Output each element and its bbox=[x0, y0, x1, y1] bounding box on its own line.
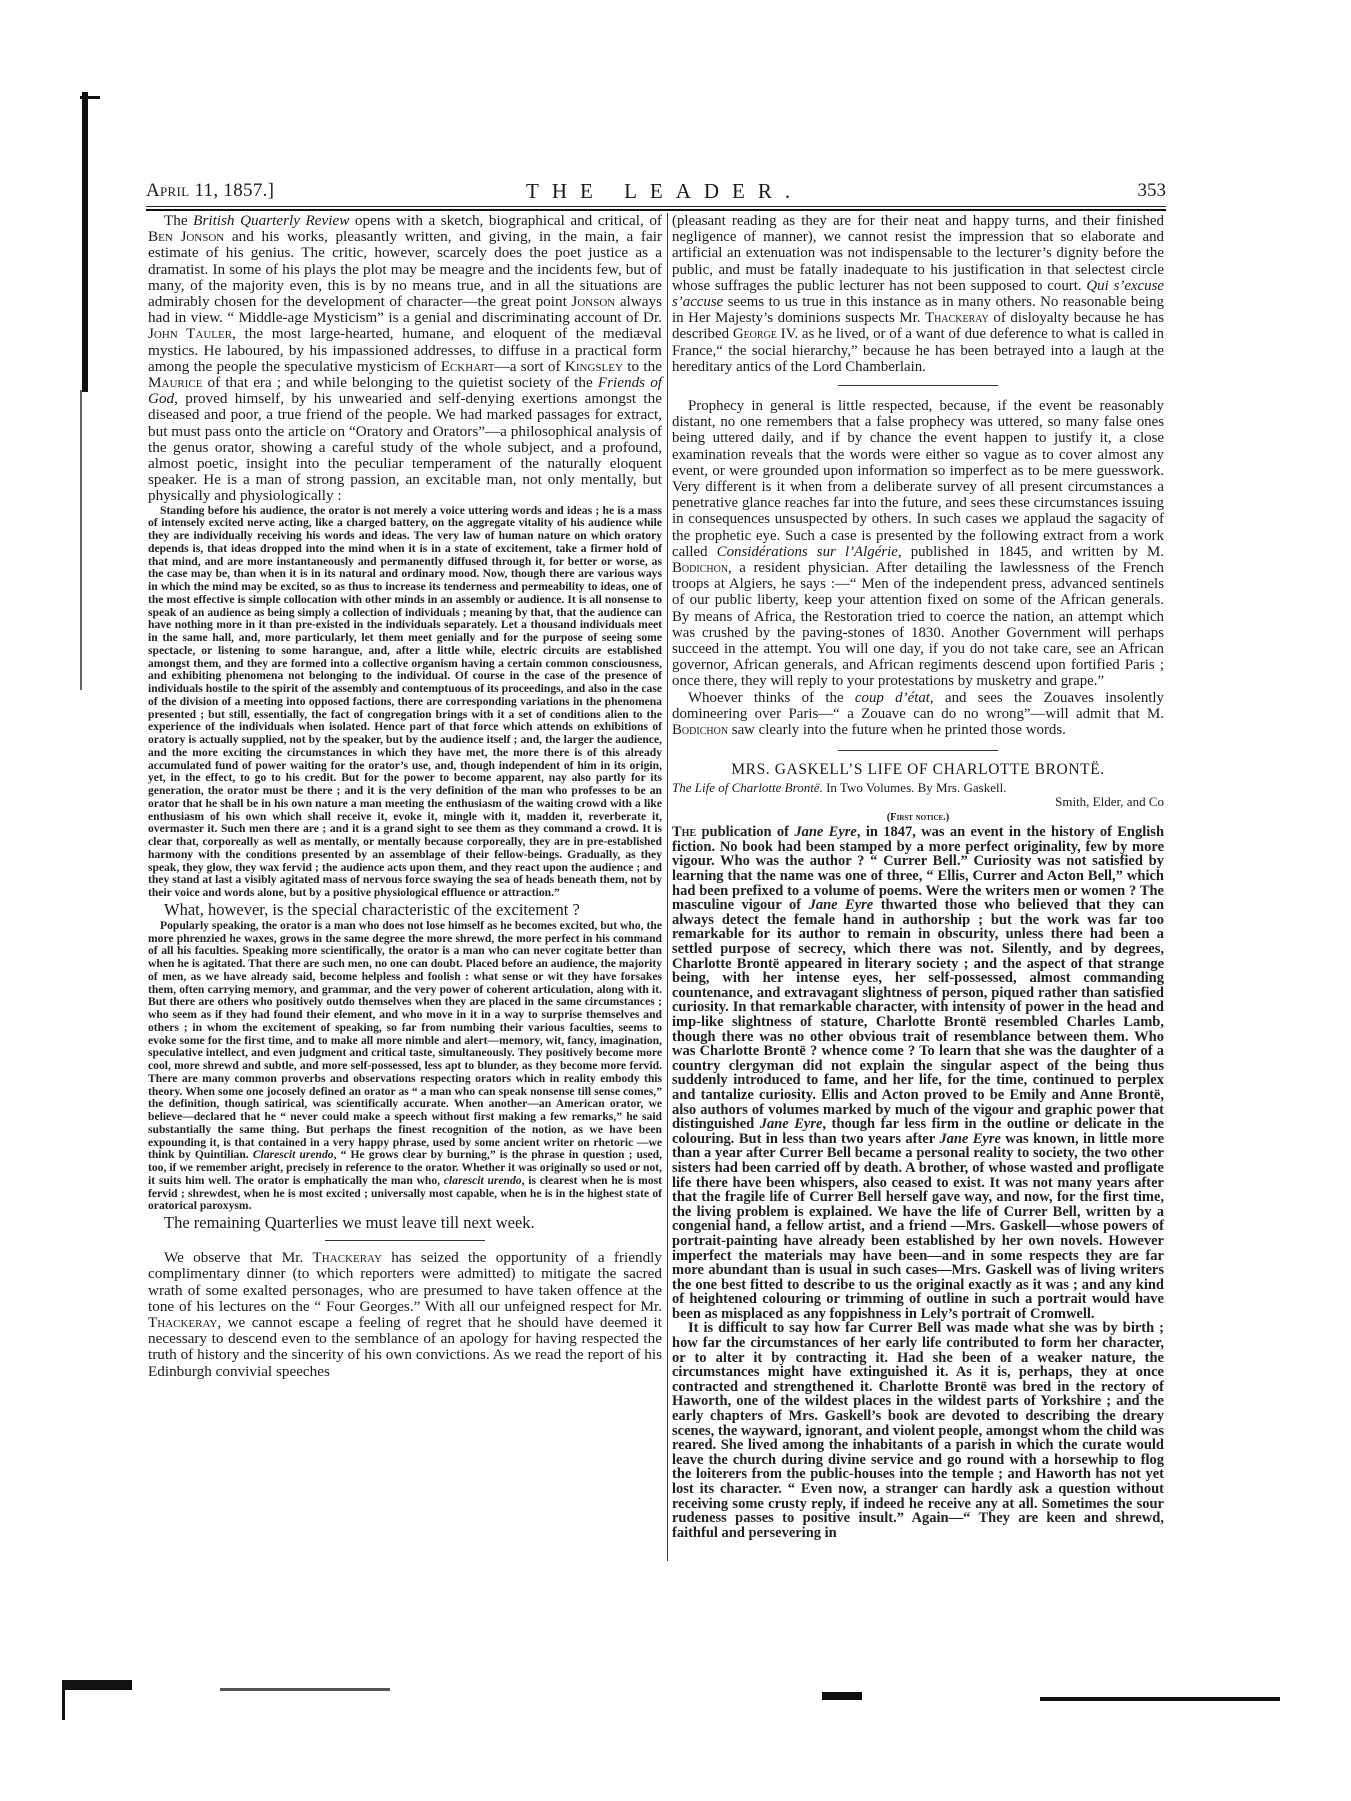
thackeray-paragraph: We observe that Mr. Thackeray has seized… bbox=[148, 1250, 662, 1380]
remaining-quarterlies-note: The remaining Quarterlies we must leave … bbox=[148, 1214, 662, 1232]
article-title: MRS. GASKELL’S LIFE OF CHARLOTTE BRONTË. bbox=[672, 761, 1164, 779]
header-rule-thick bbox=[146, 209, 1166, 211]
section-divider bbox=[838, 385, 998, 386]
quarterly-review-paragraph: The British Quarterly Review opens with … bbox=[148, 213, 662, 505]
scan-artifact bbox=[822, 1692, 862, 1700]
bronte-review-paragraph-2: It is difficult to say how far Currer Be… bbox=[672, 1321, 1164, 1540]
section-divider bbox=[325, 1240, 485, 1241]
book-publisher: Smith, Elder, and Co bbox=[672, 795, 1164, 809]
scan-artifact bbox=[62, 1680, 132, 1690]
scan-binding-edge bbox=[82, 92, 88, 392]
header-rule-thin bbox=[146, 206, 1166, 207]
column-divider bbox=[667, 213, 668, 1561]
prophecy-paragraph: Prophecy in general is little respected,… bbox=[672, 398, 1164, 690]
section-divider bbox=[838, 750, 998, 751]
scan-artifact bbox=[1040, 1697, 1280, 1701]
issue-date: April 11, 1857.] bbox=[146, 180, 274, 202]
newspaper-title: THE LEADER. bbox=[526, 179, 803, 204]
page-header: April 11, 1857.] THE LEADER. 353 bbox=[146, 180, 1166, 204]
left-column: The British Quarterly Review opens with … bbox=[148, 213, 662, 1380]
page-number: 353 bbox=[1138, 180, 1167, 202]
right-column: (pleasant reading as they are for their … bbox=[672, 213, 1164, 1540]
orator-quotation-continued: Popularly speaking, the orator is a man … bbox=[148, 920, 662, 1213]
bronte-review-paragraph: The publication of Jane Eyre, in 1847, w… bbox=[672, 825, 1164, 1321]
excitement-question: What, however, is the special characteri… bbox=[148, 901, 662, 919]
first-notice-label: (First notice.) bbox=[672, 811, 1164, 824]
book-citation: The Life of Charlotte Brontë. In Two Vol… bbox=[672, 781, 1164, 795]
coup-detat-paragraph: Whoever thinks of the coup d’état, and s… bbox=[672, 690, 1164, 739]
thackeray-paragraph-continued: (pleasant reading as they are for their … bbox=[672, 213, 1164, 375]
scan-binding-edge-faint bbox=[80, 390, 82, 690]
orator-quotation: Standing before his audience, the orator… bbox=[148, 505, 662, 900]
scan-artifact bbox=[220, 1688, 390, 1691]
